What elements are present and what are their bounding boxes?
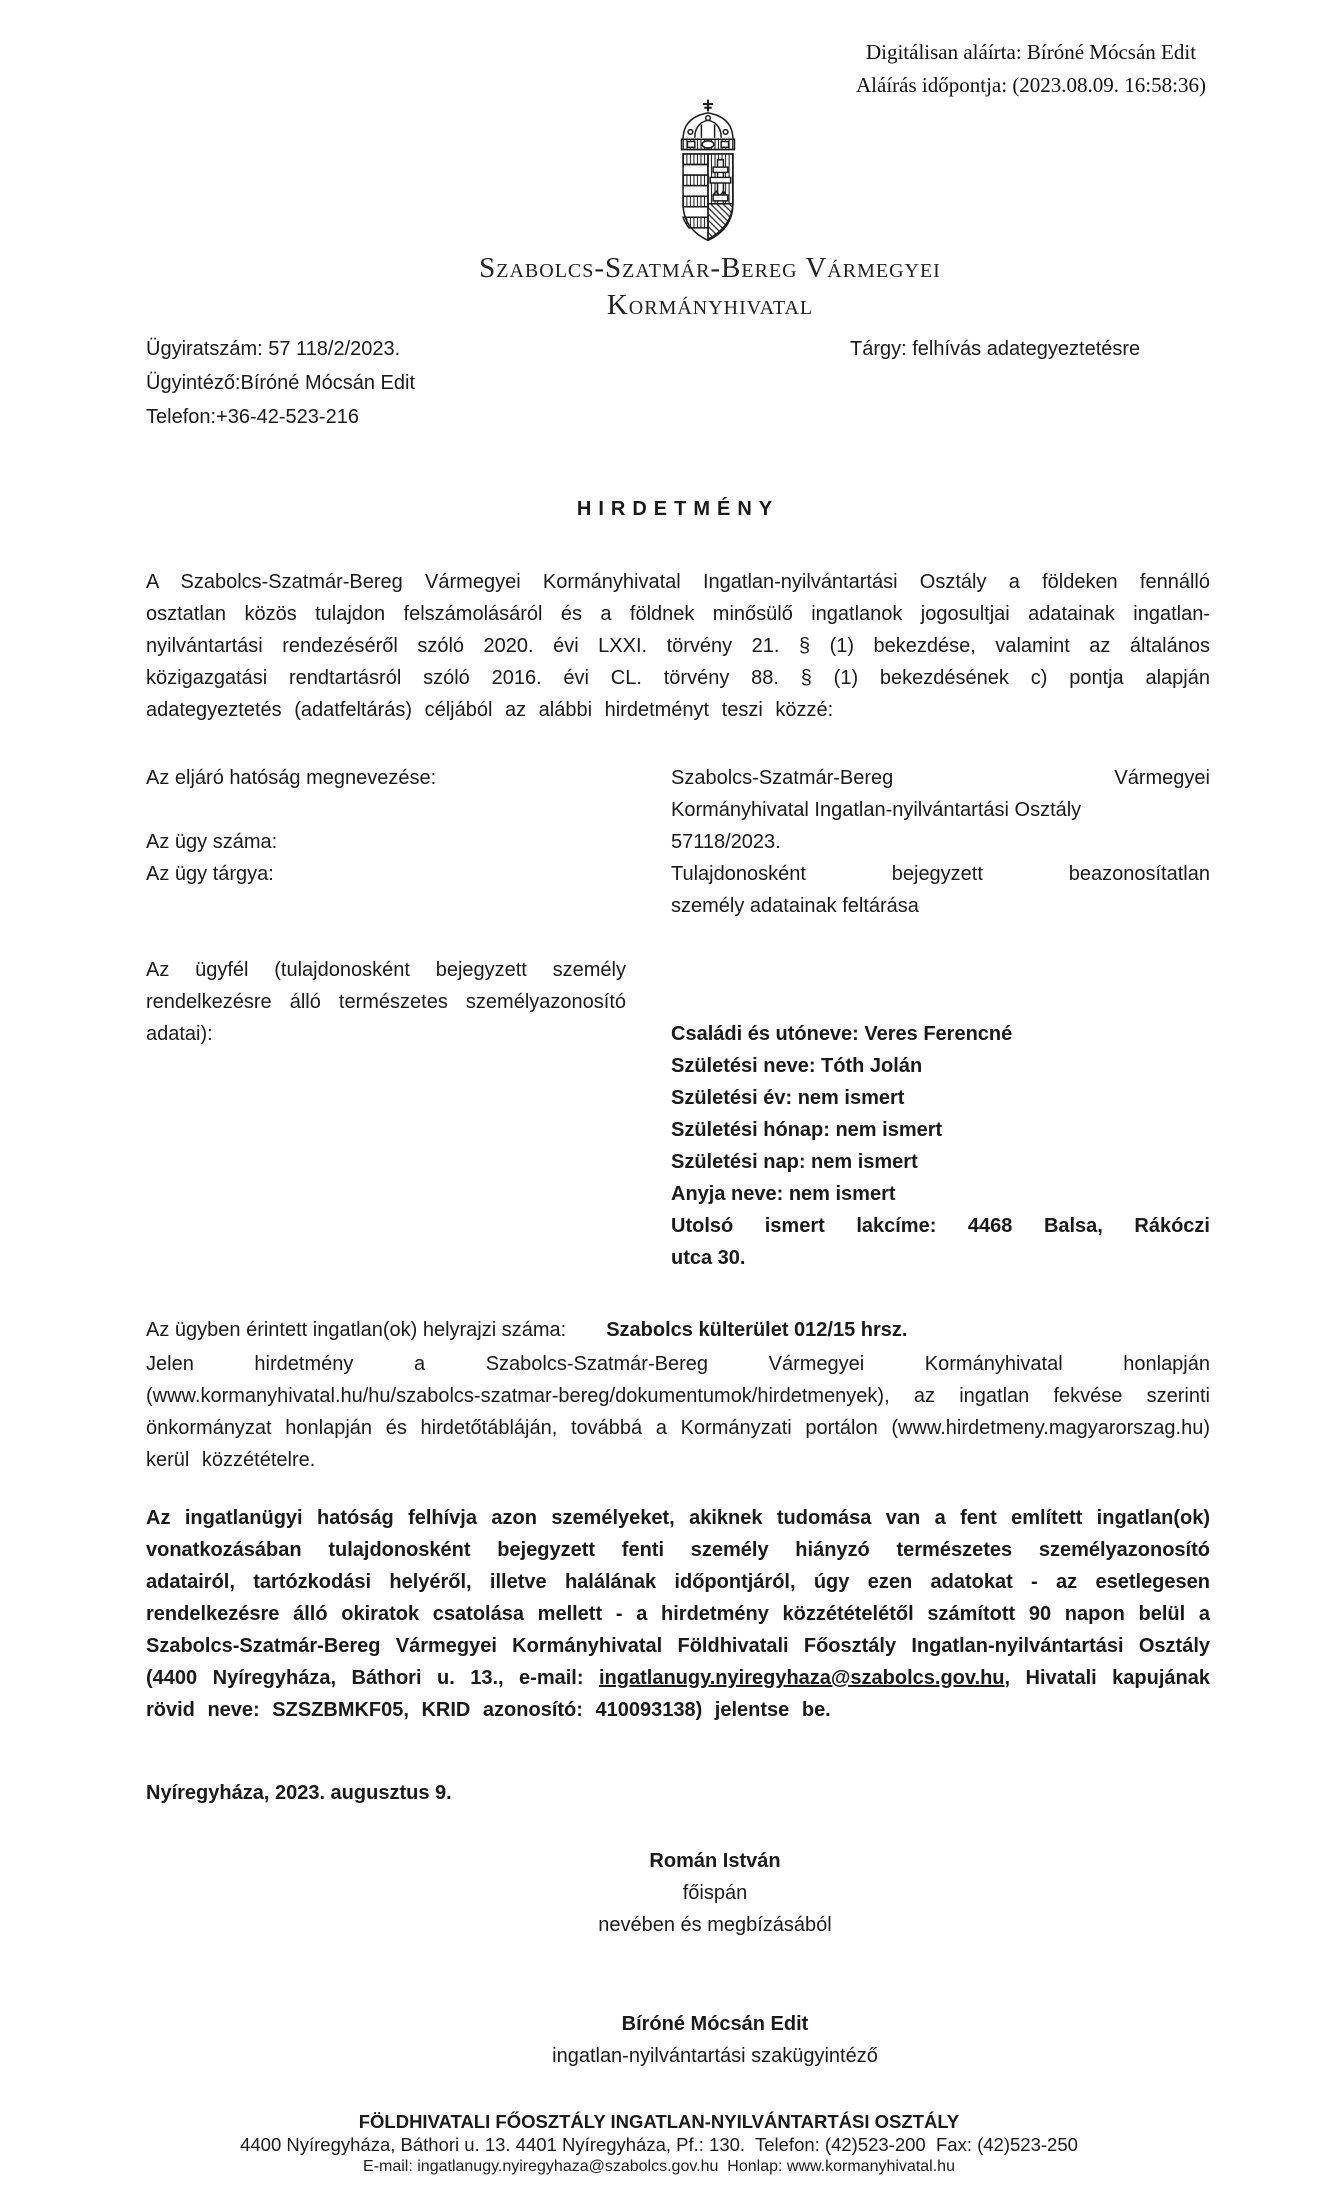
parcel-row: Az ügyben érintett ingatlan(ok) helyrajz… [146, 1314, 1210, 1346]
clerk-phone: Telefon:+36-42-523-216 [146, 400, 415, 434]
call-paragraph-part1: Az ingatlanügyi hatóság felhívja azon sz… [146, 1507, 1210, 1689]
call-paragraph: Az ingatlanügyi hatóság felhívja azon sz… [146, 1502, 1210, 1726]
subject-line: Tárgy: felhívás adategyeztetésre [850, 332, 1140, 366]
office-email: ingatlanugy.nyiregyhaza@szabolcs.gov.hu [599, 1667, 1005, 1689]
signature-block-2: Bíróné Mócsán Edit ingatlan-nyilvántartá… [415, 2008, 1015, 2072]
org-name-line2: Kormányhivatal [348, 287, 1072, 324]
case-details: Az eljáró hatóság megnevezése: Szabolcs-… [146, 762, 1210, 1346]
list-item: Születési nap: nem ismert [671, 1146, 1210, 1178]
list-item: Születési év: nem ismert [671, 1082, 1210, 1114]
parcel-value: Szabolcs külterület 012/15 hrsz. [606, 1314, 907, 1346]
authority-row: Az eljáró hatóság megnevezése: Szabolcs-… [146, 762, 1210, 826]
list-item: Anyja neve: nem ismert [671, 1178, 1210, 1210]
stamp-timestamp: Aláírás időpontja: (2023.08.09. 16:58:36… [806, 69, 1256, 102]
client-label: Az ügyfél (tulajdonosként bejegyzett sze… [146, 954, 626, 1050]
client-address-line2: utca 30. [671, 1242, 1210, 1274]
authority-value: Szabolcs-Szatmár-Bereg Vármegyei Kormány… [671, 762, 1210, 826]
client-address-line1: Utolsó ismert lakcíme: 4468 Balsa, Rákóc… [671, 1210, 1210, 1242]
authority-label: Az eljáró hatóság megnevezése: [146, 762, 626, 794]
client-row: Az ügyfél (tulajdonosként bejegyzett sze… [146, 954, 1210, 1274]
list-item: Születési neve: Tóth Jolán [671, 1050, 1210, 1082]
footer-department: FÖLDHIVATALI FŐOSZTÁLY INGATLAN-NYILVÁNT… [59, 2110, 1259, 2133]
org-name-line1: Szabolcs-Szatmár-Bereg Vármegyei [348, 250, 1072, 287]
parcel-label: Az ügyben érintett ingatlan(ok) helyrajz… [146, 1314, 566, 1346]
case-number-value: 57118/2023. [671, 826, 1210, 858]
letter-footer: FÖLDHIVATALI FŐOSZTÁLY INGATLAN-NYILVÁNT… [59, 2110, 1259, 2178]
intro-paragraph: A Szabolcs-Szatmár-Bereg Vármegyei Kormá… [146, 566, 1210, 726]
digital-signature-stamp: Digitálisan aláírta: Bíróné Mócsán Edit … [806, 36, 1256, 102]
signer-name: Bíróné Mócsán Edit [415, 2008, 1015, 2040]
signer-title: főispán [415, 1877, 1015, 1909]
dateline: Nyíregyháza, 2023. augusztus 9. [146, 1782, 452, 1805]
signature-block-1: Román István főispán nevében és megbízás… [415, 1845, 1015, 1941]
case-subject-row: Az ügy tárgya: Tulajdonosként bejegyzett… [146, 858, 1210, 922]
footer-contact: E-mail: ingatlanugy.nyiregyhaza@szabolcs… [59, 2156, 1259, 2178]
list-item: Családi és utóneve: Veres Ferencné [671, 1018, 1210, 1050]
document-title: HIRDETMÉNY [146, 498, 1210, 521]
hungarian-coat-of-arms-icon [664, 98, 752, 248]
footer-address: 4400 Nyíregyháza, Báthori u. 13. 4401 Ny… [59, 2133, 1259, 2156]
org-header: Szabolcs-Szatmár-Bereg Vármegyei Kormány… [348, 250, 1072, 324]
case-number-row: Az ügy száma: 57118/2023. [146, 826, 1210, 858]
case-subject-value: Tulajdonosként bejegyzett beazonosítatla… [671, 858, 1210, 922]
case-subject-label: Az ügy tárgya: [146, 858, 626, 890]
document-page: Digitálisan aláírta: Bíróné Mócsán Edit … [0, 0, 1318, 2200]
case-number-label: Az ügy száma: [146, 826, 626, 858]
clerk-name: Ügyintéző:Bíróné Mócsán Edit [146, 366, 415, 400]
case-number: Ügyiratszám: 57 118/2/2023. [146, 332, 415, 366]
stamp-signer: Digitálisan aláírta: Bíróné Mócsán Edit [806, 36, 1256, 69]
publication-paragraph: Jelen hirdetmény a Szabolcs-Szatmár-Bere… [146, 1348, 1210, 1476]
list-item: Születési hónap: nem ismert [671, 1114, 1210, 1146]
signer-name: Román István [415, 1845, 1015, 1877]
signer-title: ingatlan-nyilvántartási szakügyintéző [415, 2040, 1015, 2072]
case-meta-block: Ügyiratszám: 57 118/2/2023. Ügyintéző:Bí… [146, 332, 415, 434]
client-data: Családi és utóneve: Veres Ferencné Szüle… [671, 1018, 1210, 1274]
signer-subtitle: nevében és megbízásából [415, 1909, 1015, 1941]
